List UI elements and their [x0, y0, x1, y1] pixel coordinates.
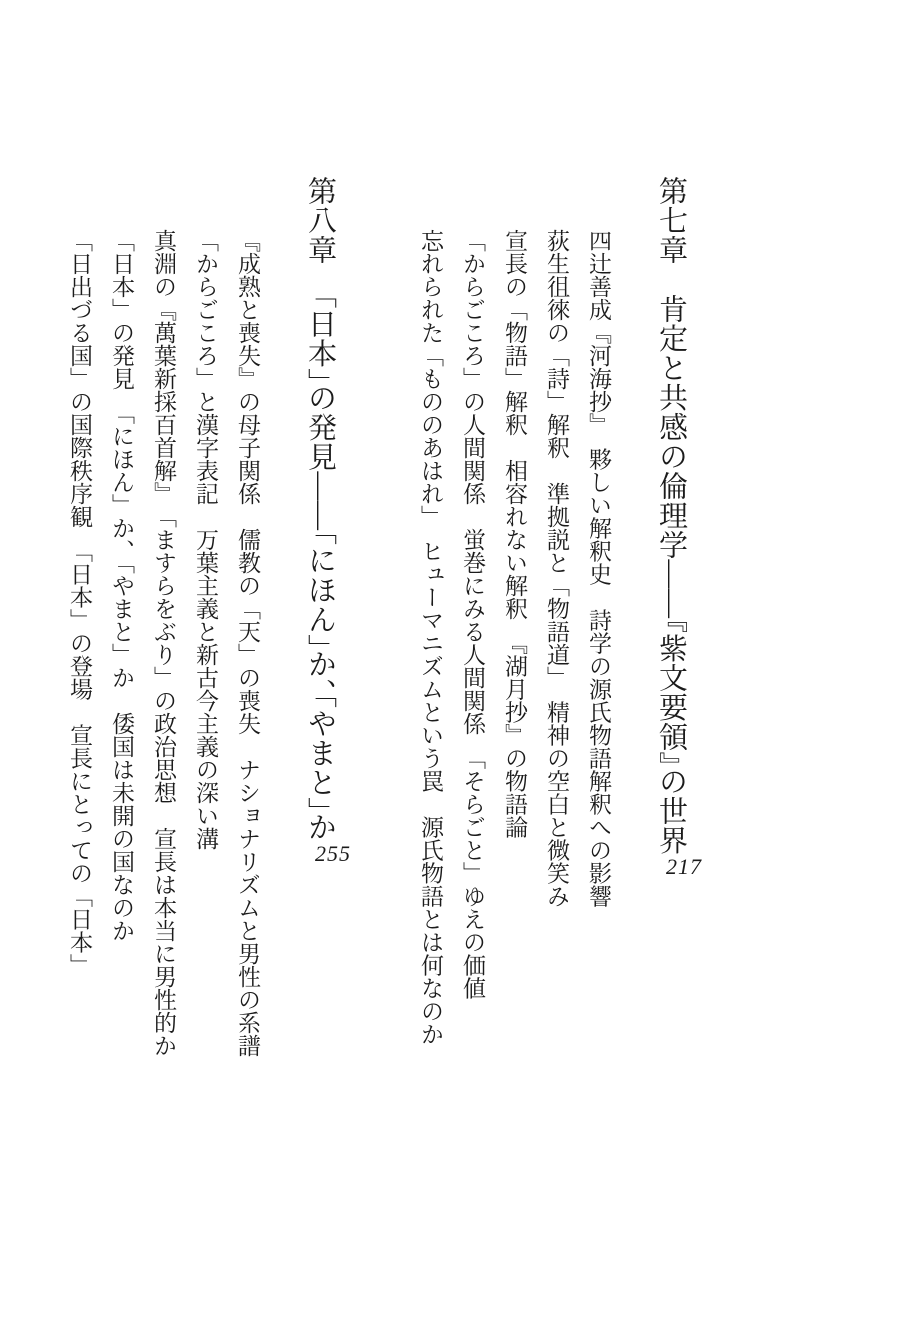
- toc-entry-line: 「日出づる国」の国際秩序観 「日本」の登場 宣長にとっての「日本」: [58, 176, 100, 1186]
- chapter-8-page-number: 255: [315, 842, 351, 866]
- chapter-8-block: 第八章 「日本」の発見――「にほん」か、「やまと」か255 『成熟と喪失』の母子…: [58, 176, 351, 1186]
- toc-entry-line: 「からごころ」の人間関係 蛍巻にみる人間関係 「そらごと」ゆえの価値: [451, 176, 493, 1186]
- table-of-contents: 第七章 肯定と共感の倫理学――『紫文要領』の世界217 四辻善成『河海抄』 夥し…: [58, 176, 702, 1186]
- toc-entry-line: 「日本」の発見 「にほん」か、「やまと」か 倭国は未開の国なのか: [100, 176, 142, 1186]
- toc-entry-line: 『成熟と喪失』の母子関係 儒教の「天」の喪失 ナショナリズムと男性の系譜: [226, 176, 268, 1186]
- toc-entry-line: 四辻善成『河海抄』 夥しい解釈史 詩学の源氏物語解釈への影響: [577, 176, 619, 1186]
- toc-entry-line: 「からごころ」と漢字表記 万葉主義と新古今主義の深い溝: [184, 176, 226, 1186]
- chapter-7-heading: 第七章 肯定と共感の倫理学――『紫文要領』の世界217: [640, 176, 702, 1186]
- toc-entry-line: 宣長の「物語」解釈 相容れない解釈 『湖月抄』の物語論: [493, 176, 535, 1186]
- toc-entry-line: 忘れられた「もののあはれ」 ヒューマニズムという罠 源氏物語とは何なのか: [409, 176, 451, 1186]
- chapter-8-title: 第八章 「日本」の発見――「にほん」か、「やまと」か: [304, 176, 336, 842]
- chapter-8-heading: 第八章 「日本」の発見――「にほん」か、「やまと」か255: [289, 176, 351, 1186]
- chapter-7-title: 第七章 肯定と共感の倫理学――『紫文要領』の世界: [655, 176, 687, 855]
- chapter-7-page-number: 217: [666, 855, 702, 879]
- toc-entry-line: 荻生徂徠の「詩」解釈 準拠説と「物語道」 精神の空白と微笑み: [535, 176, 577, 1186]
- toc-page: 第七章 肯定と共感の倫理学――『紫文要領』の世界217 四辻善成『河海抄』 夥し…: [0, 0, 900, 1343]
- chapter-7-block: 第七章 肯定と共感の倫理学――『紫文要領』の世界217 四辻善成『河海抄』 夥し…: [409, 176, 702, 1186]
- toc-entry-line: 真淵の『萬葉新採百首解』 「ますらをぶり」の政治思想 宣長は本当に男性的か: [142, 176, 184, 1186]
